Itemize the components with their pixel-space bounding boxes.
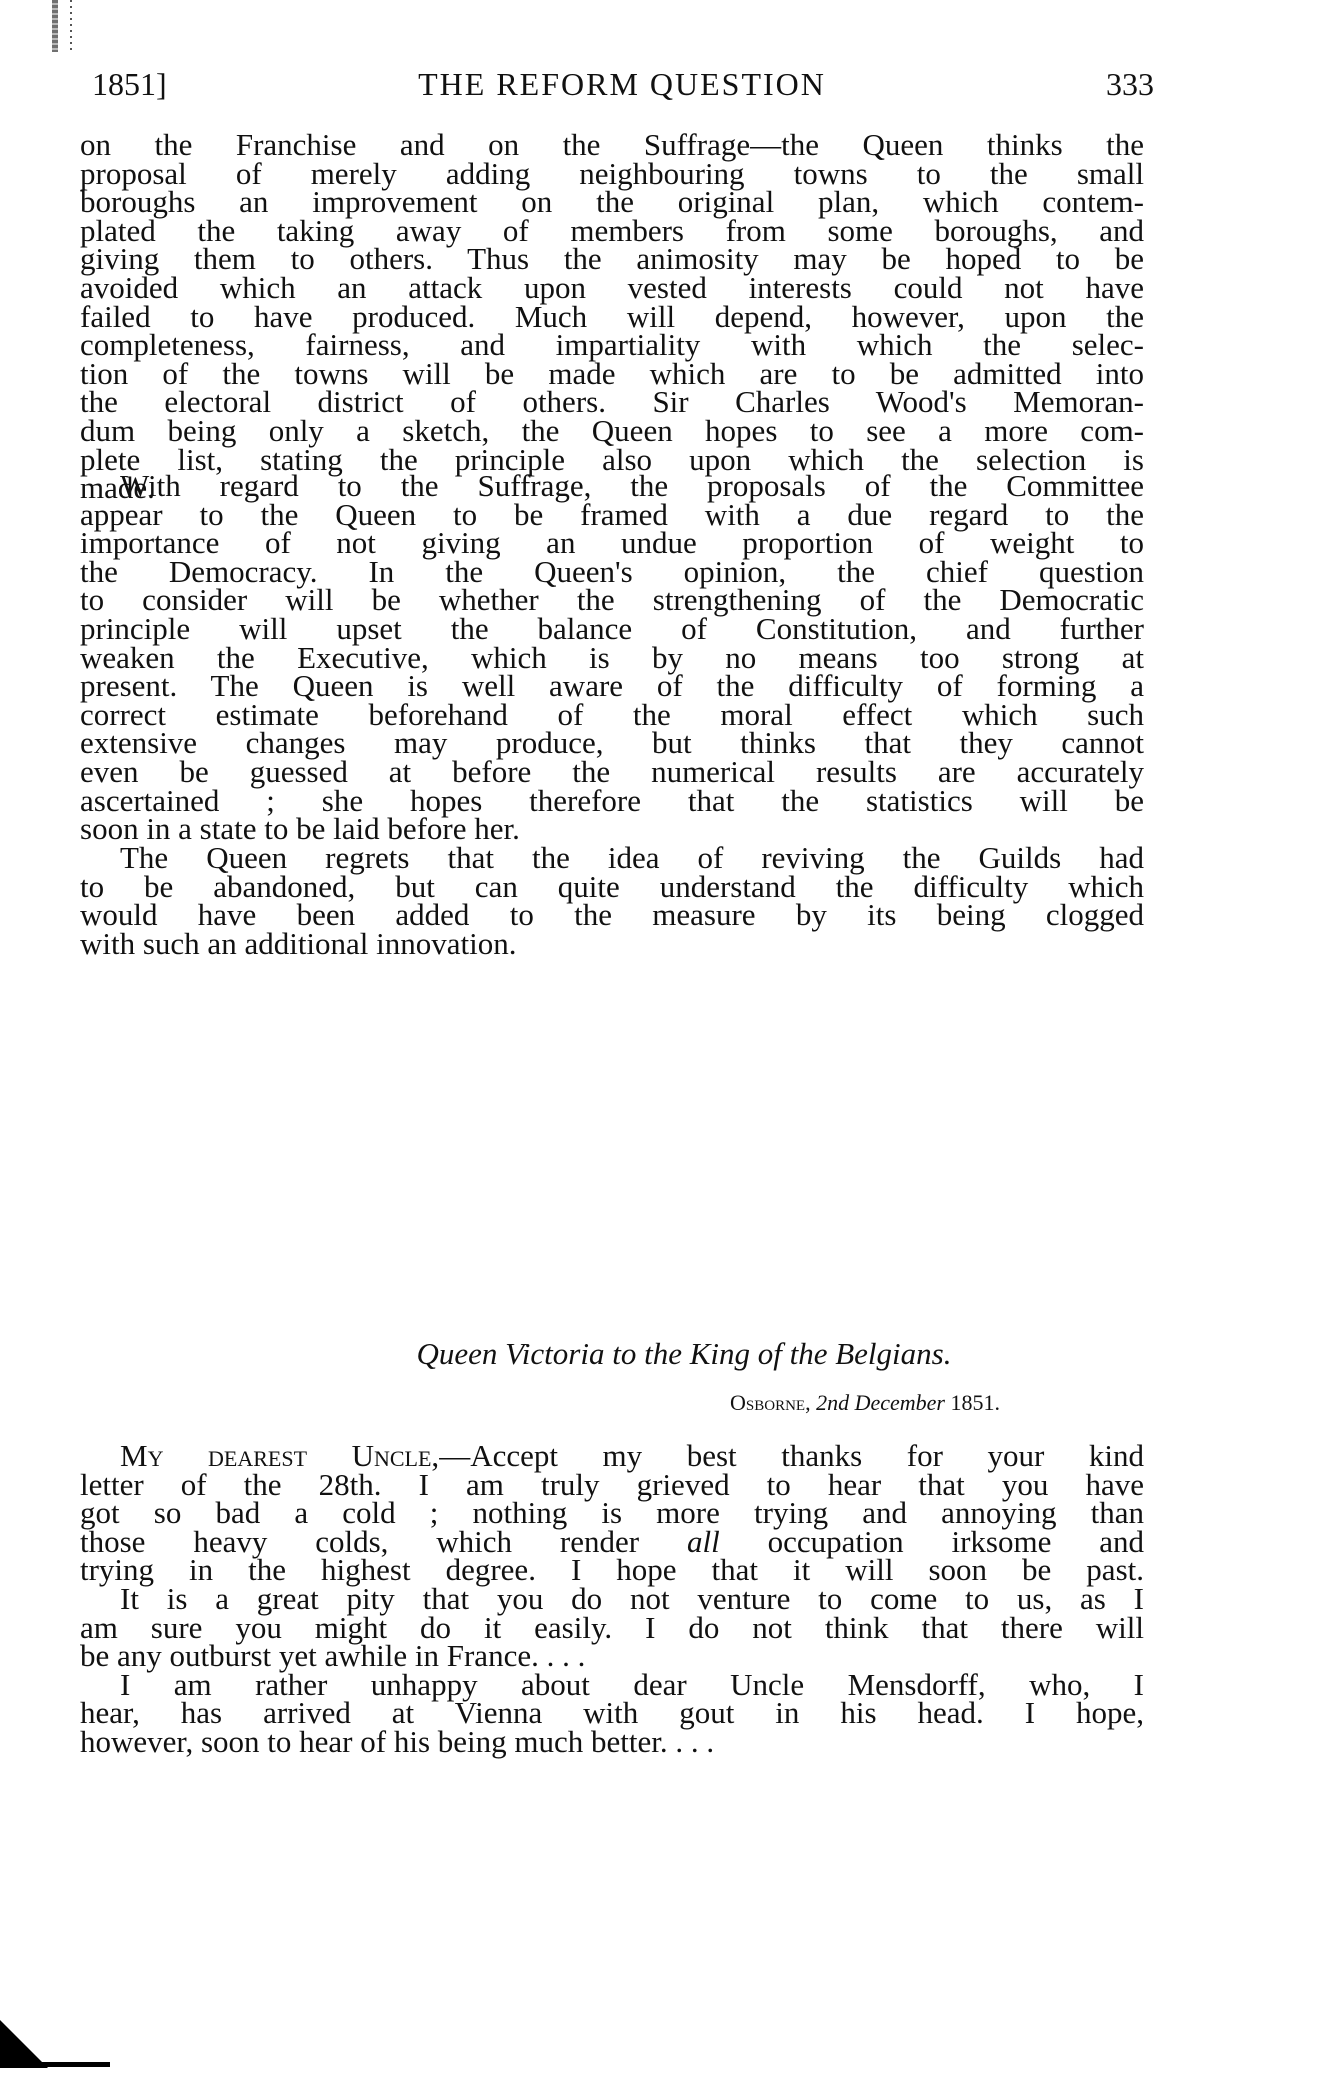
letter-caption: Queen Victoria to the King of the Belgia… (0, 1336, 1328, 1372)
dateline-place: Osborne, (730, 1390, 811, 1415)
dateline-date: 2nd December (816, 1390, 945, 1415)
letter-body: My dearest Uncle,—Accept my best thanks … (80, 1442, 1144, 1757)
scan-corner-artifact (0, 2062, 110, 2067)
header-title: THE REFORM QUESTION (80, 66, 1154, 103)
dateline-year: 1851. (950, 1390, 1000, 1415)
paragraph-suffrage: With regard to the Suffrage, the proposa… (80, 472, 1144, 844)
paragraph-franchise: on the Franchise and on the Suffrage—the… (80, 131, 1144, 503)
scan-artifact (70, 0, 72, 52)
page-number: 333 (1106, 66, 1154, 103)
scan-artifact (52, 0, 58, 52)
scan-corner-artifact (0, 2020, 48, 2068)
running-header: 1851] THE REFORM QUESTION 333 (80, 66, 1154, 106)
book-page: 1851] THE REFORM QUESTION 333 on the Fra… (0, 0, 1328, 2082)
letter-dateline: Osborne, 2nd December 1851. (730, 1390, 1000, 1416)
paragraph-guilds: The Queen regrets that the idea of reviv… (80, 844, 1144, 958)
text-line: however, soon to hear of his being much … (80, 1728, 1144, 1757)
text-line: with such an additional innovation. (80, 930, 1144, 959)
